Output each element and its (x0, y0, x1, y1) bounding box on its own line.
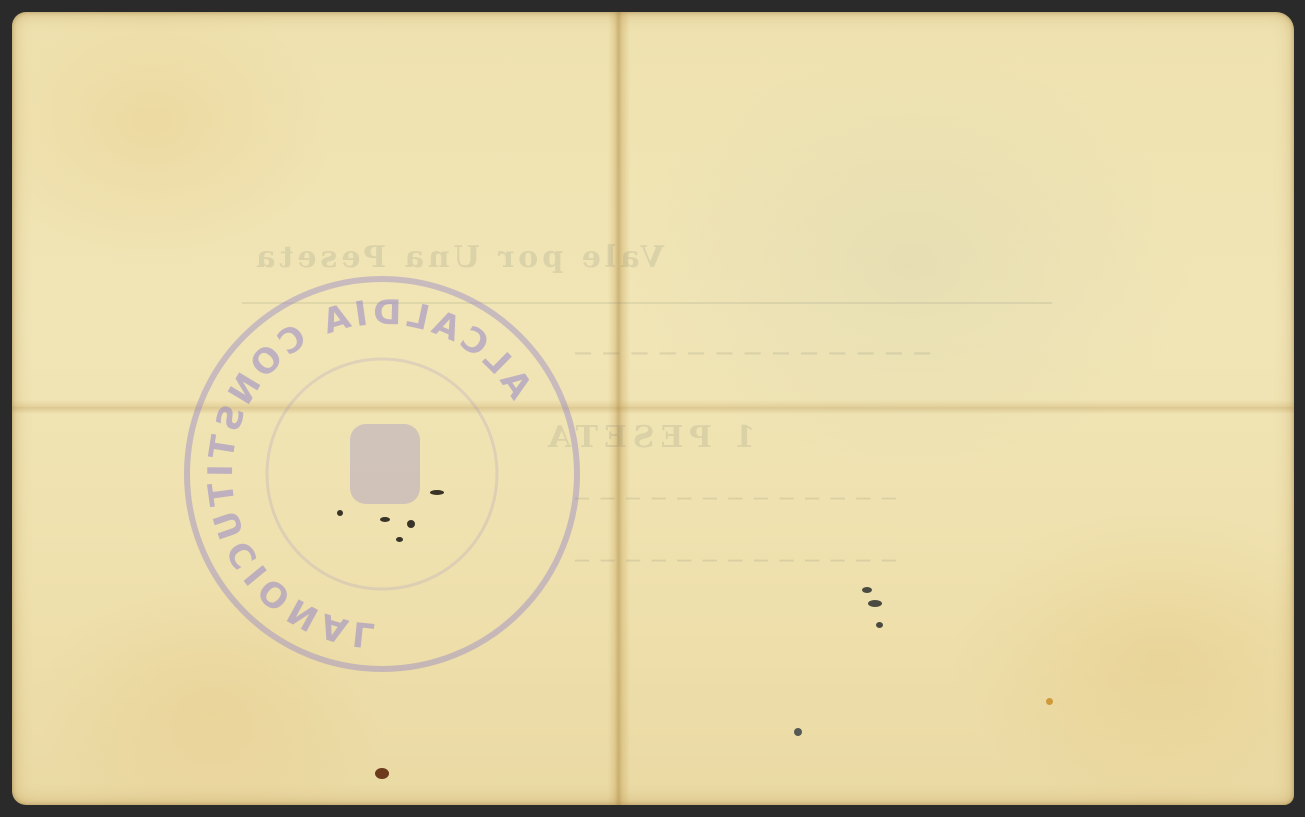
circular-stamp: ALCALDIA CONSTITUCIONAL (182, 274, 582, 674)
ink-speck (430, 490, 444, 495)
ink-speck (337, 510, 343, 516)
showthrough-line-5: — — — — — — — — — — — — — (572, 550, 897, 569)
showthrough-title: Vale por Una Peseta (252, 240, 664, 275)
ink-speck (380, 517, 390, 522)
ink-speck (862, 587, 872, 593)
rust-stain (1046, 698, 1053, 705)
rust-stain (375, 768, 389, 779)
ink-speck (868, 600, 882, 607)
showthrough-line-4: — — — — — — — — — — — — — (572, 488, 897, 507)
banknote-reverse: Vale por Una Peseta — — — — — — — — — — … (12, 12, 1294, 805)
ink-speck (794, 728, 802, 736)
ink-speck (396, 537, 403, 542)
stamp-seal-icon: ALCALDIA CONSTITUCIONAL (182, 274, 582, 674)
ink-speck (876, 622, 883, 628)
ink-speck (407, 520, 415, 528)
showthrough-line-2: — — — — — — — — — — — — — (572, 342, 931, 363)
